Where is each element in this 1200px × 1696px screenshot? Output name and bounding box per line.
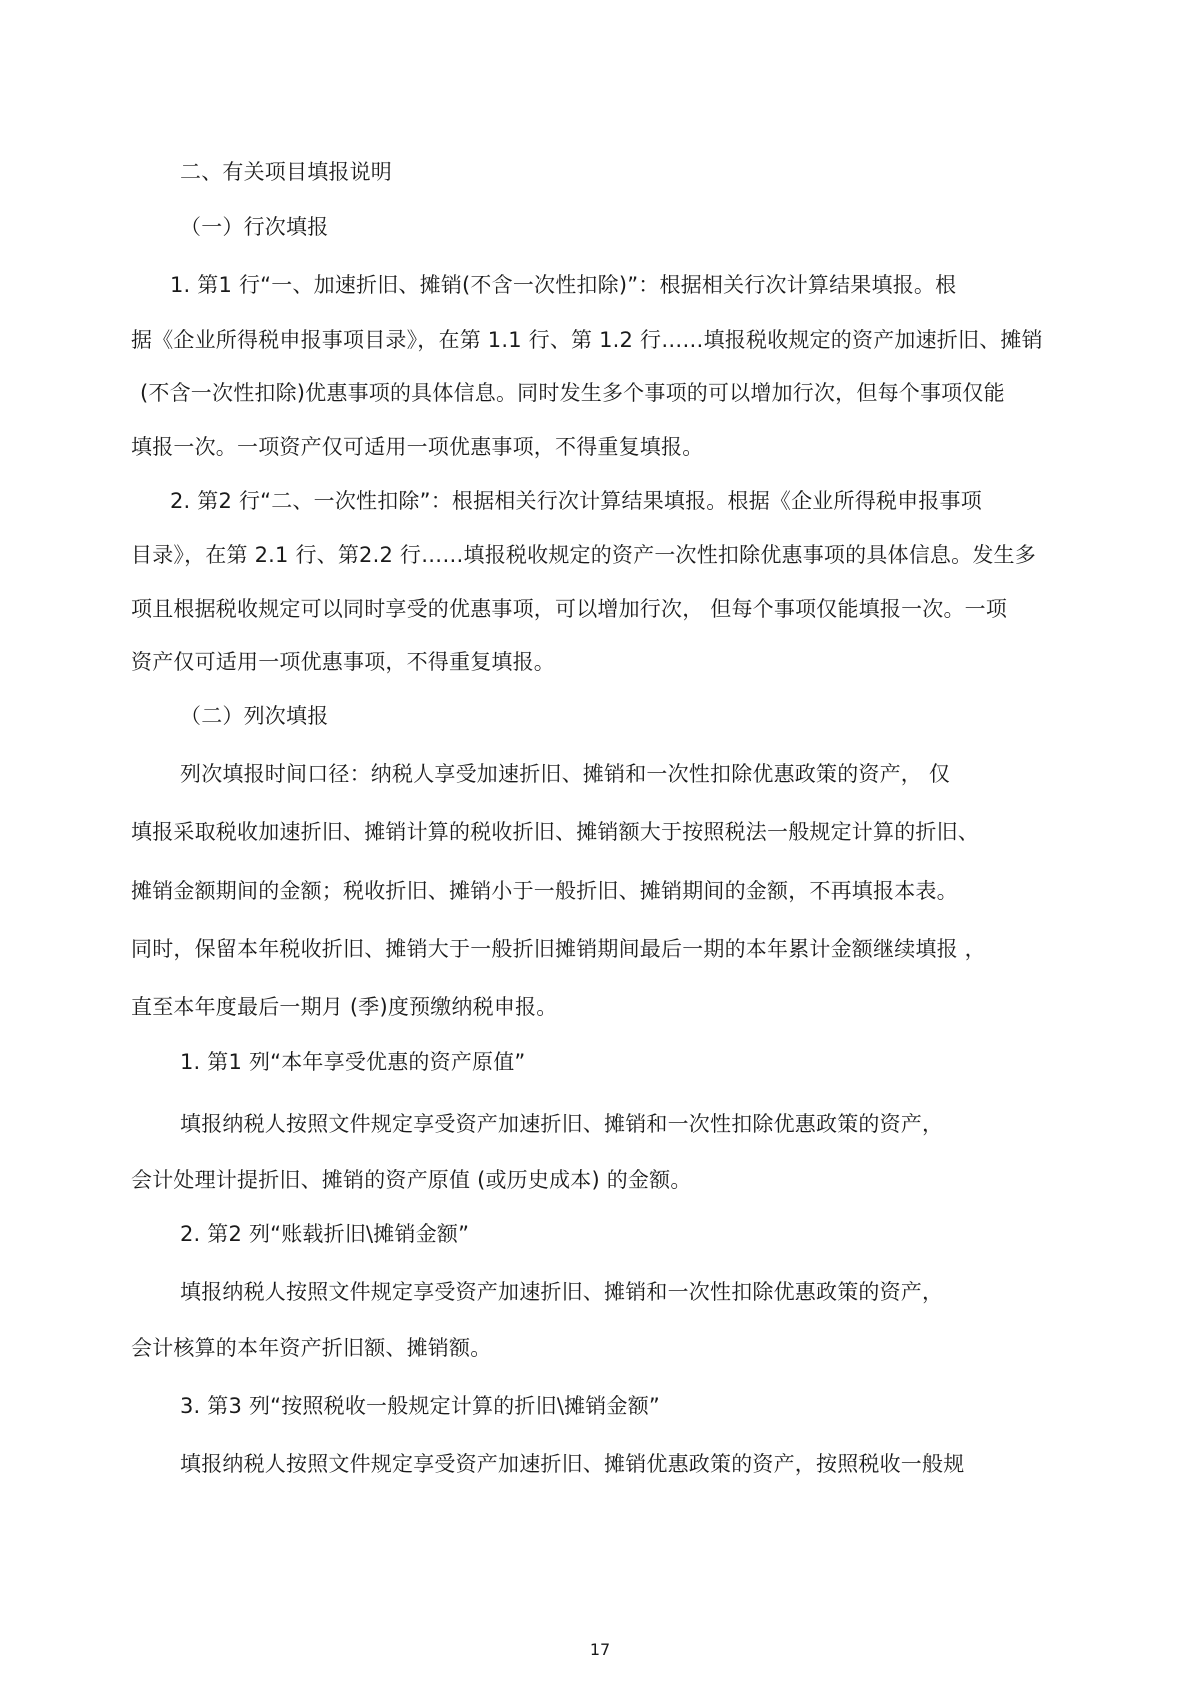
paragraph-line: 摊销金额期间的金额；税收折旧、摊销小于一般折旧、摊销期间的金额，不再填报本表。 xyxy=(131,877,958,905)
item-heading: 3. 第3 列“按照税收一般规定计算的折旧\摊销金额” xyxy=(180,1392,660,1420)
paragraph-line: 填报纳税人按照文件规定享受资产加速折旧、摊销和一次性扣除优惠政策的资产， xyxy=(180,1278,943,1306)
paragraph-line: 填报采取税收加速折旧、摊销计算的税收折旧、摊销额大于按照税法一般规定计算的折旧、 xyxy=(131,818,979,846)
paragraph-line: 填报纳税人按照文件规定享受资产加速折旧、摊销和一次性扣除优惠政策的资产， xyxy=(180,1110,943,1138)
paragraph-line: 填报一次。一项资产仅可适用一项优惠事项，不得重复填报。 xyxy=(131,433,703,461)
paragraph-line: 据《企业所得税申报事项目录》，在第 1.1 行、第 1.2 行……填报税收规定的… xyxy=(131,326,1043,354)
paragraph-line: 2. 第2 行“二、一次性扣除”：根据相关行次计算结果填报。根据《企业所得税申报… xyxy=(170,487,982,515)
item-heading: 2. 第2 列“账载折旧\摊销金额” xyxy=(180,1220,469,1248)
paragraph-line: 直至本年度最后一期月 (季)度预缴纳税申报。 xyxy=(131,993,557,1021)
paragraph-line: (不含一次性扣除)优惠事项的具体信息。同时发生多个事项的可以增加行次，但每个事项… xyxy=(140,379,1005,407)
paragraph-line: 目录》，在第 2.1 行、第2.2 行……填报税收规定的资产一次性扣除优惠事项的… xyxy=(131,541,1036,569)
paragraph-line: 填报纳税人按照文件规定享受资产加速折旧、摊销优惠政策的资产，按照税收一般规 xyxy=(180,1450,964,1478)
paragraph-line: 资产仅可适用一项优惠事项，不得重复填报。 xyxy=(131,648,555,676)
paragraph-line: 1. 第1 行“一、加速折旧、摊销(不含一次性扣除)”：根据相关行次计算结果填报… xyxy=(170,271,956,299)
item-heading: 1. 第1 列“本年享受优惠的资产原值” xyxy=(180,1048,526,1076)
paragraph-line: 列次填报时间口径：纳税人享受加速折旧、摊销和一次性扣除优惠政策的资产， 仅 xyxy=(180,760,950,788)
page-number: 17 xyxy=(0,1640,1200,1660)
paragraph-line: 同时，保留本年税收折旧、摊销大于一般折旧摊销期间最后一期的本年累计金额继续填报 … xyxy=(131,935,986,963)
subsection-heading: （二）列次填报 xyxy=(180,702,328,730)
paragraph-line: 项且根据税收规定可以同时享受的优惠事项，可以增加行次， 但每个事项仅能填报一次。… xyxy=(131,595,1007,623)
section-heading: 二、有关项目填报说明 xyxy=(180,158,392,186)
paragraph-line: 会计核算的本年资产折旧额、摊销额。 xyxy=(131,1334,491,1362)
document-page: 二、有关项目填报说明 （一）行次填报 1. 第1 行“一、加速折旧、摊销(不含一… xyxy=(0,0,1200,1696)
paragraph-line: 会计处理计提折旧、摊销的资产原值 (或历史成本) 的金额。 xyxy=(131,1166,692,1194)
subsection-heading: （一）行次填报 xyxy=(180,213,328,241)
